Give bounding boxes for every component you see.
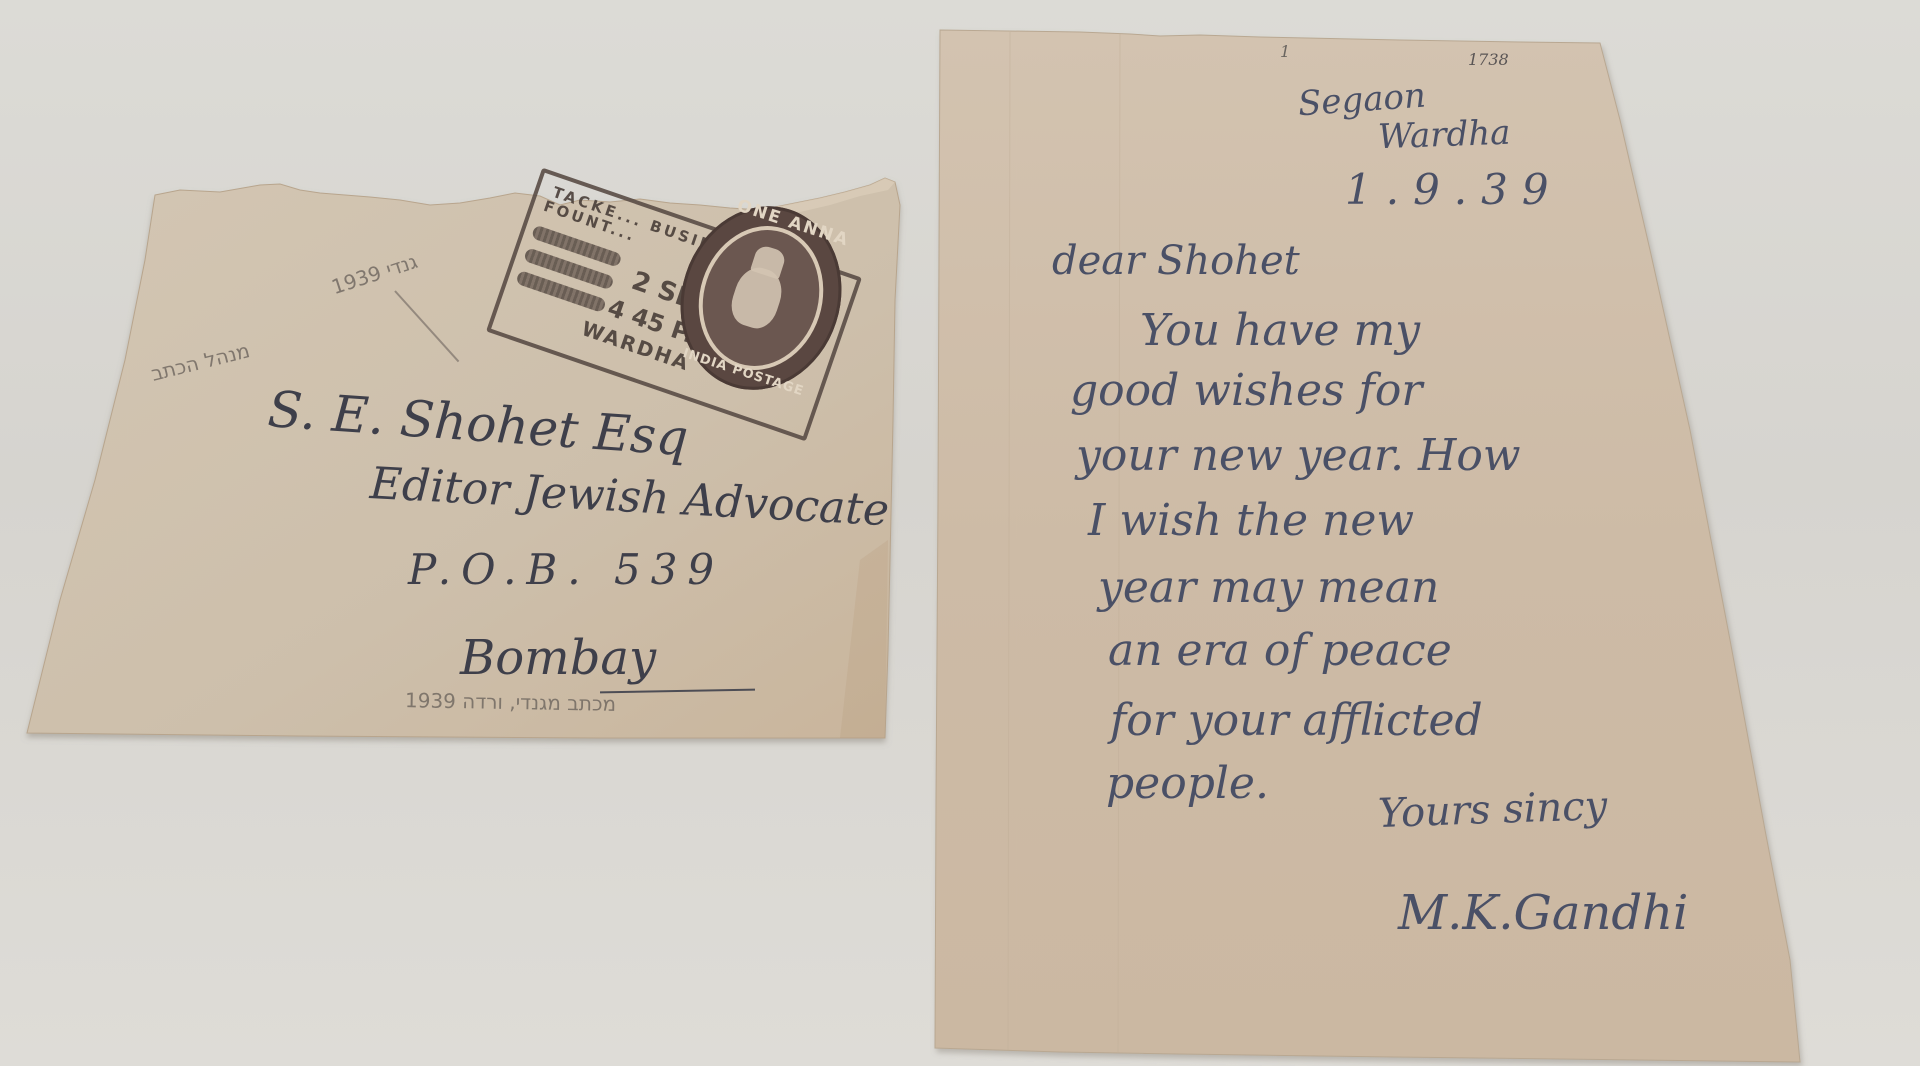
photo-scene: גנדי 1939 מנהל הכתב TACKE... BUSINESS FO… <box>0 0 1920 1066</box>
letter-body-line: good wishes for <box>1070 365 1422 416</box>
letter-salutation: dear Shohet <box>1052 238 1300 284</box>
page-number-mark: 1 <box>1280 42 1290 61</box>
letter-body-line: an era of peace <box>1108 625 1452 676</box>
letter-place-line2: Wardha <box>1377 113 1511 158</box>
letter-body-line: people. <box>1106 758 1269 809</box>
letter-date: 1.9.39 <box>1345 165 1563 214</box>
letter-body-line: I wish the new <box>1088 495 1414 546</box>
letter-signature: M.K.Gandhi <box>1398 885 1688 941</box>
letter-body-line: year may mean <box>1098 562 1439 613</box>
letter-body-line: You have my <box>1140 305 1420 356</box>
letter-closing: Yours sincy <box>1377 783 1608 837</box>
letter-body-line: your new year. How <box>1076 430 1521 481</box>
letter-body-line: for your afflicted <box>1110 695 1483 746</box>
archive-reference-mark: 1738 <box>1468 50 1509 69</box>
